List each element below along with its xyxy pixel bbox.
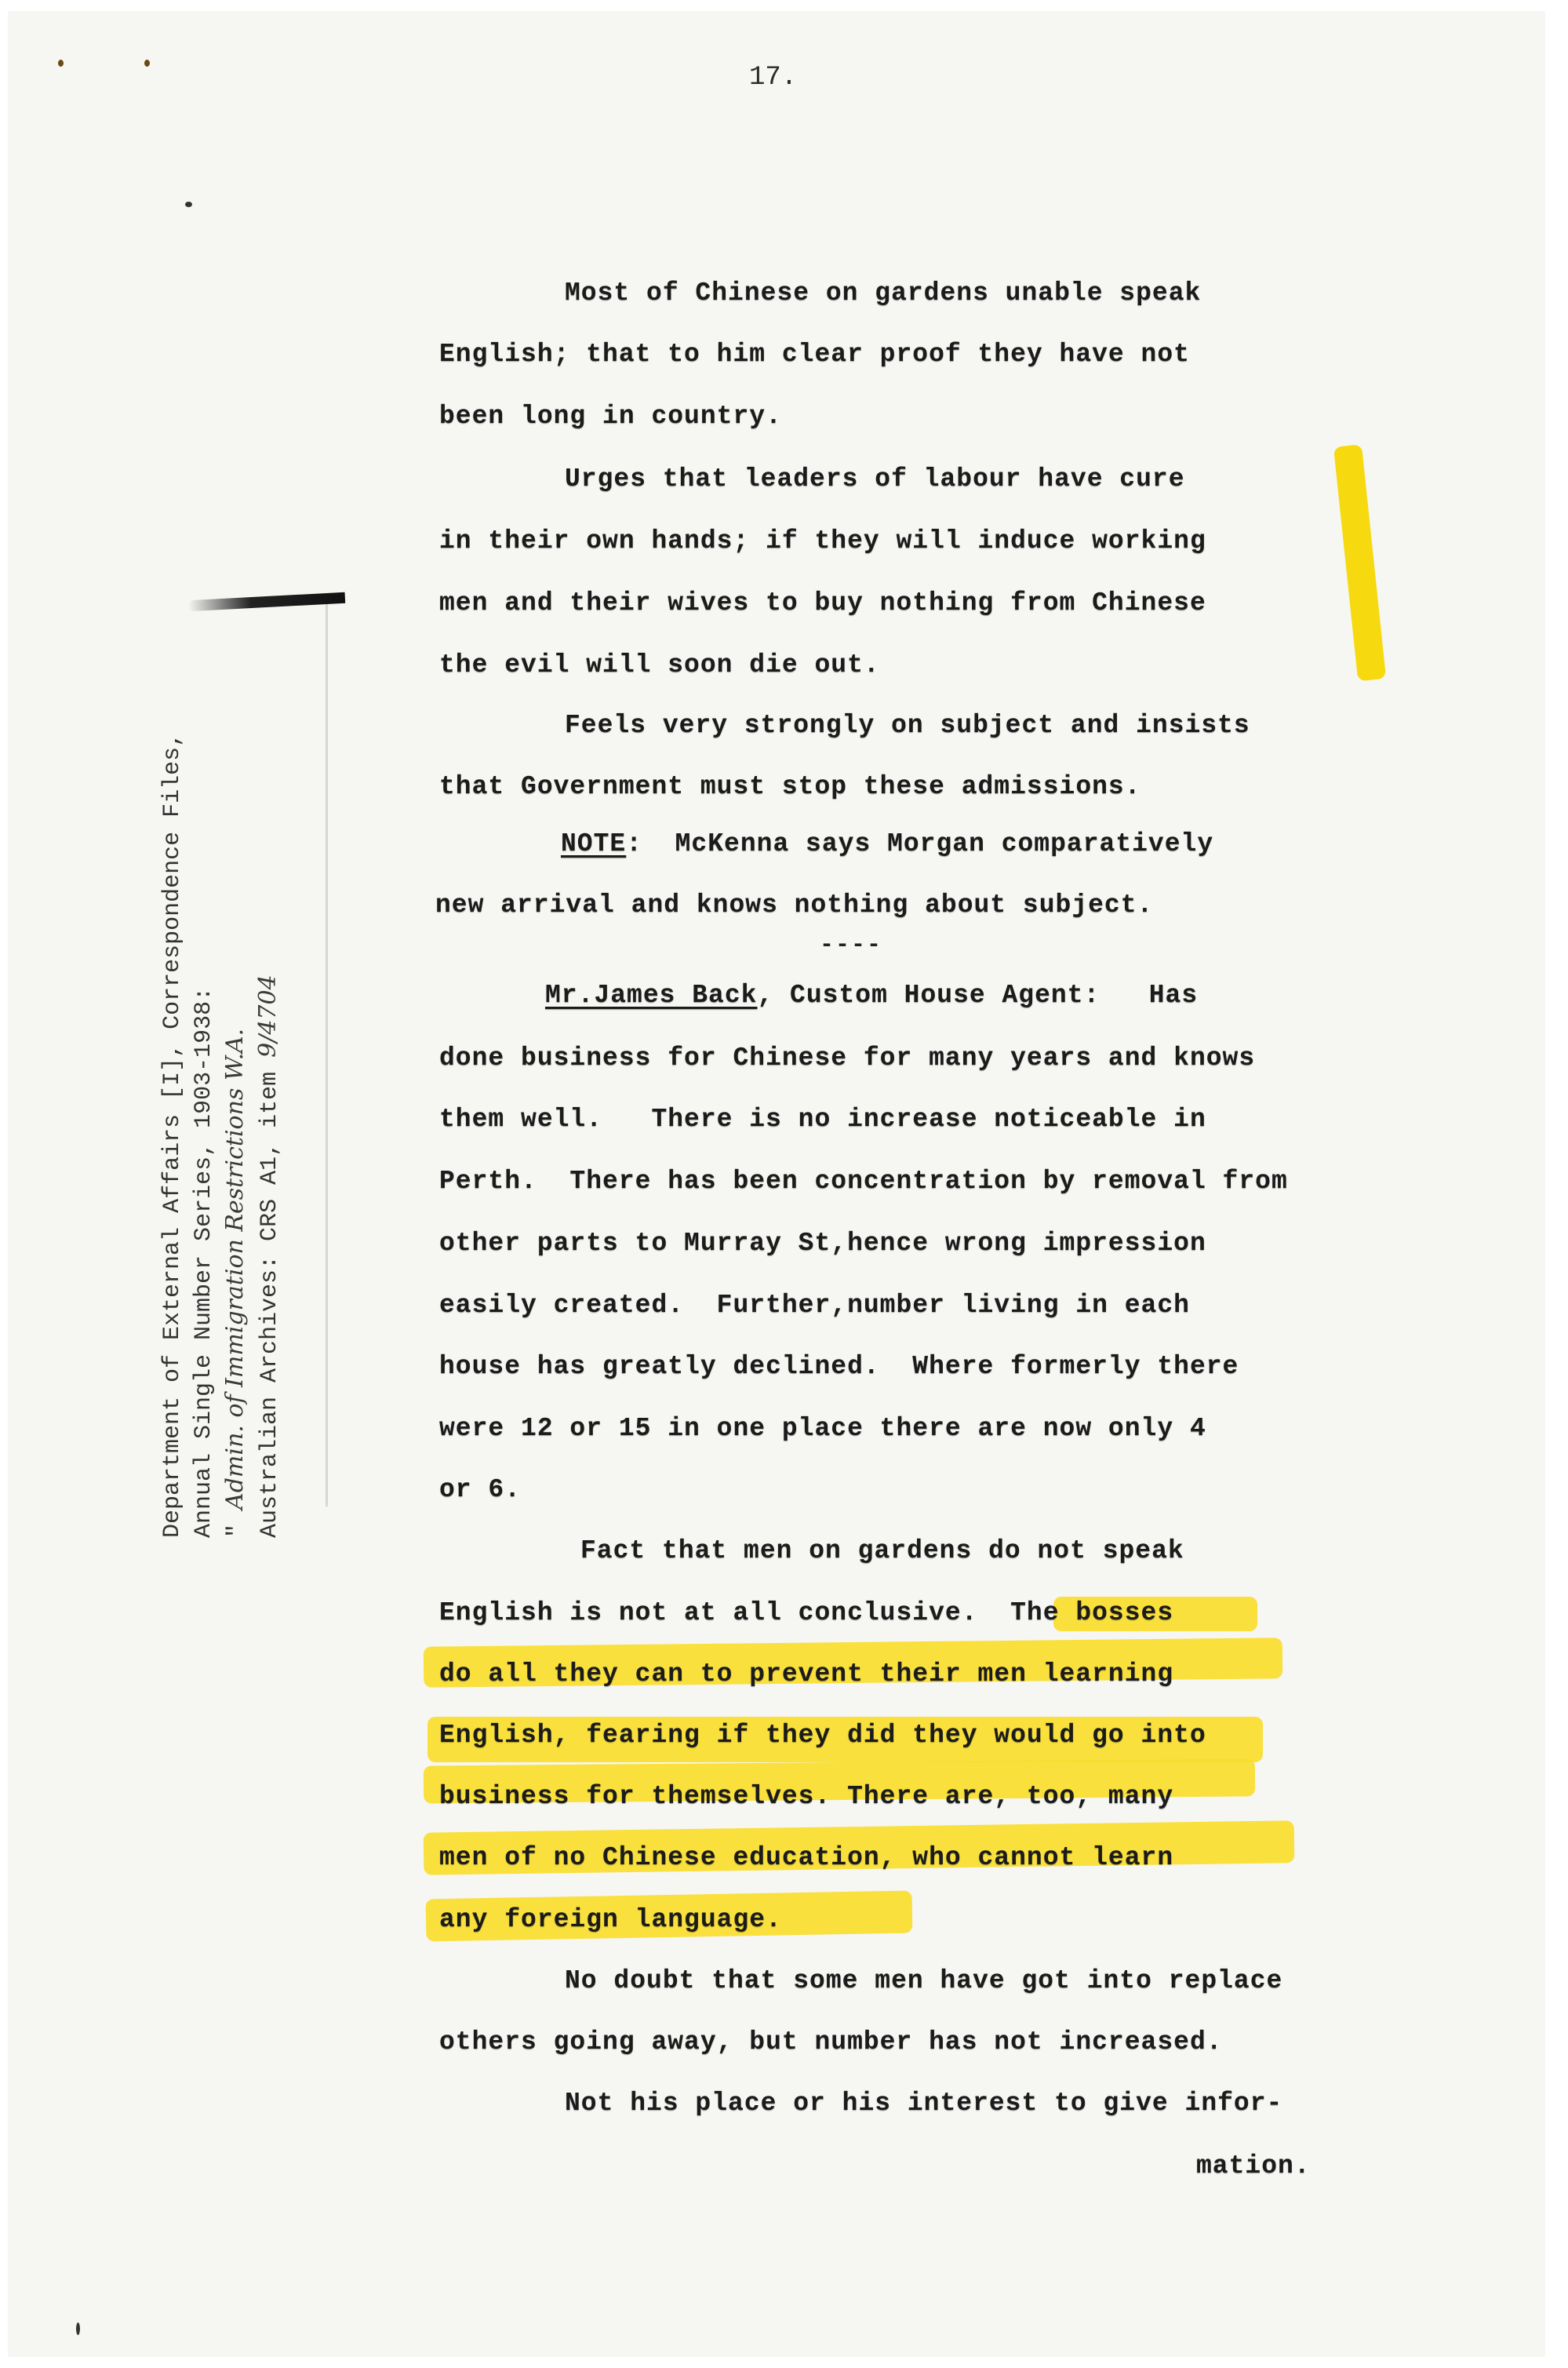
text-line: Fact that men on gardens do not speak [580,1536,1184,1565]
text-line: Urges that leaders of labour have cure [565,464,1185,494]
punch-mark [58,60,64,67]
text-line: other parts to Murray St,hence wrong imp… [439,1229,1206,1258]
archive-citation: Department of External Affairs [I], Corr… [157,557,286,1538]
text-line: English, fearing if they did they would … [439,1721,1206,1750]
text-line: No doubt that some men have got into rep… [565,1966,1282,1995]
handwritten-file-title: Admin. of Immigration Restrictions W.A. [221,1029,249,1510]
text-line: do all they can to prevent their men lea… [439,1659,1173,1689]
text-line: English is not at all conclusive. The bo… [439,1598,1173,1627]
citation-line-4: Australian Archives: CRS A1, item 9/4704 [253,557,286,1538]
speaker-role: , Custom House Agent: Has [757,981,1198,1010]
handwritten-item-number: 9/4704 [254,975,282,1058]
text-line: the evil will soon die out. [439,650,880,679]
text-line: were 12 or 15 in one place there are now… [439,1414,1206,1443]
tab-edge-line [326,604,328,1506]
citation-line-1: Department of External Affairs [I], Corr… [157,557,188,1538]
text-line: mation. [1196,2151,1311,2180]
text-line: Feels very strongly on subject and insis… [565,711,1250,740]
punch-mark [144,60,150,67]
text-line: men of no Chinese education, who cannot … [439,1843,1173,1872]
citation-quote: " [224,1524,250,1538]
text-line: or 6. [439,1475,521,1504]
text-line: Not his place or his interest to give in… [565,2089,1282,2118]
note-text: : McKenna says Morgan comparatively [626,829,1213,858]
citation-line-2: Annual Single Number Series, 1903-1938: [188,557,220,1538]
citation-line-3: " Admin. of Immigration Restrictions W.A… [220,557,253,1538]
text-line: in their own hands; if they will induce … [439,526,1206,556]
note-label: NOTE [561,829,626,858]
text-line: men and their wives to buy nothing from … [439,588,1206,618]
text-line: new arrival and knows nothing about subj… [435,891,1153,920]
ink-speck [76,2322,80,2335]
ink-speck [185,202,192,207]
text-line: any foreign language. [439,1905,782,1934]
text-line: that Government must stop these admissio… [439,772,1141,801]
citation-item-label: Australian Archives: CRS A1, item [256,1072,283,1538]
text-line: English; that to him clear proof they ha… [439,340,1190,369]
text-line: done business for Chinese for many years… [439,1044,1255,1073]
speaker-name: Mr.James Back [545,981,757,1010]
text-line: Most of Chinese on gardens unable speak [565,279,1201,308]
text-line: been long in country. [439,402,782,431]
text-line: others going away, but number has not in… [439,2027,1223,2057]
text-line: them well. There is no increase noticeab… [439,1105,1206,1134]
text-line: business for themselves. There are, too,… [439,1782,1173,1811]
text-line: house has greatly declined. Where former… [439,1352,1239,1381]
page-number: 17. [749,63,797,93]
text-line: easily created. Further,number living in… [439,1291,1190,1320]
section-separator: ---- [820,932,882,959]
text-line: Perth. There has been concentration by r… [439,1167,1288,1196]
note-paragraph: NOTE: McKenna says Morgan comparatively [561,829,1213,858]
speaker-paragraph: Mr.James Back, Custom House Agent: Has [545,981,1198,1010]
